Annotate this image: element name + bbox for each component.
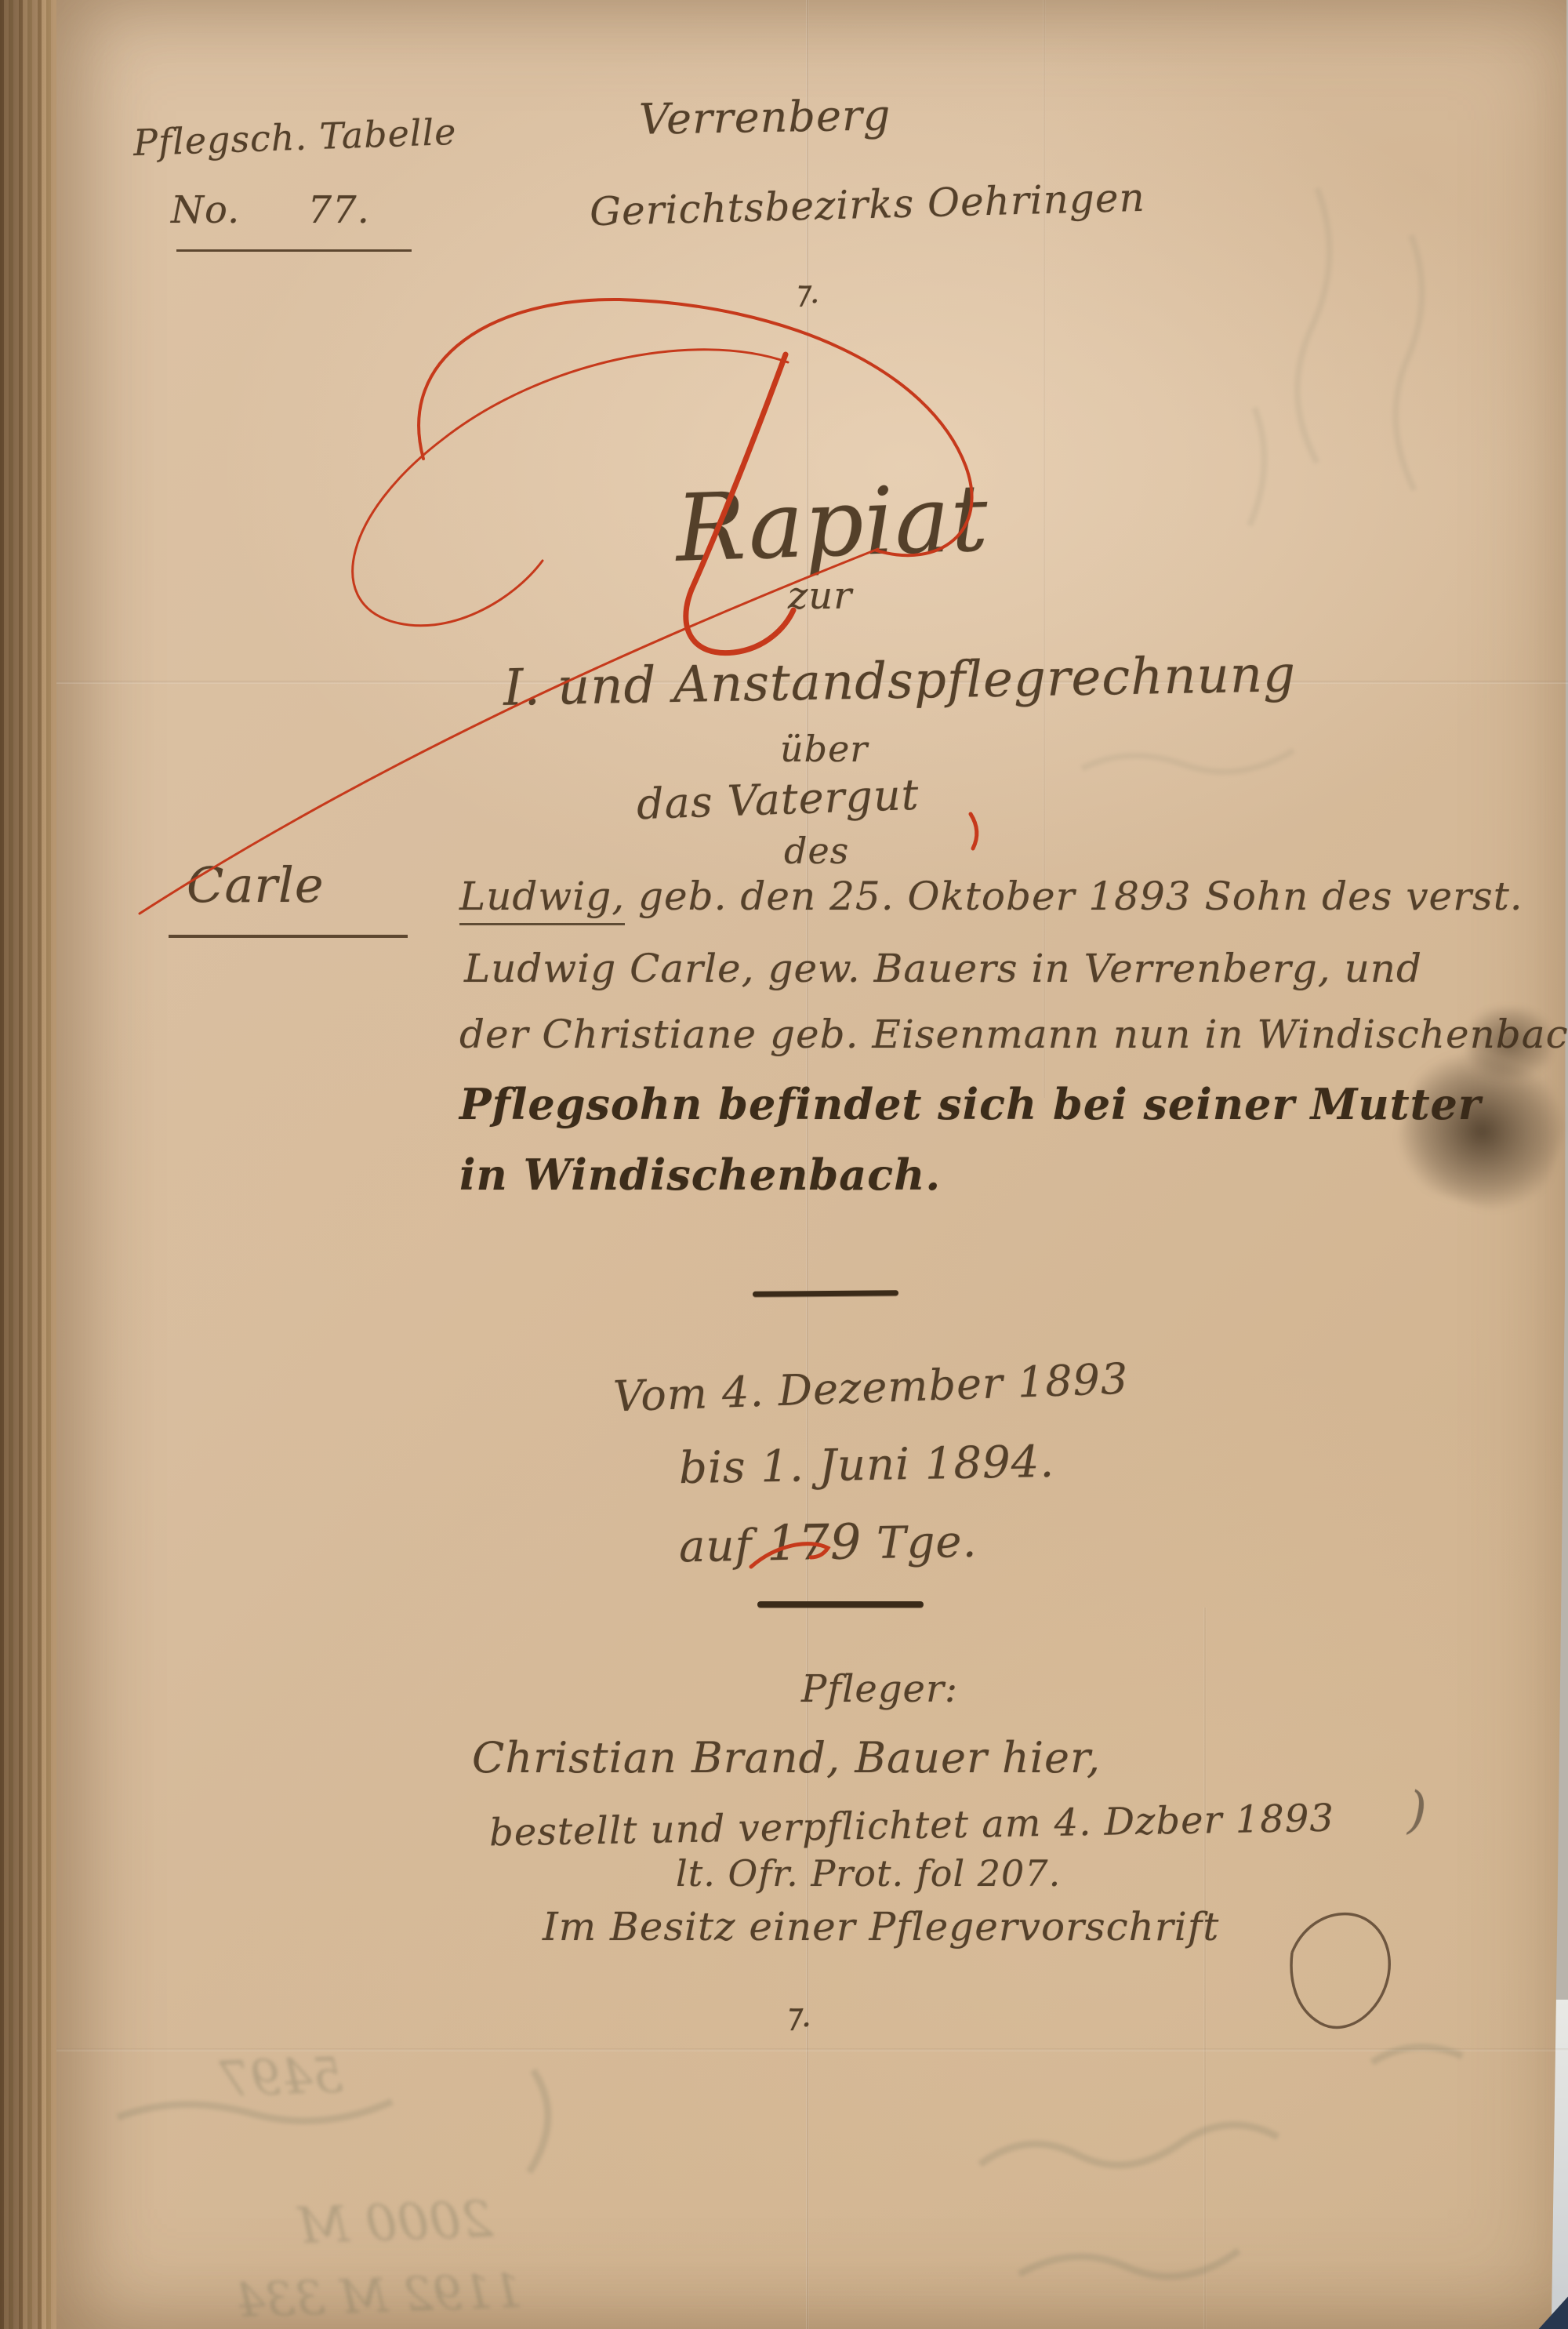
registry-number-label: No. (171, 188, 240, 232)
guardian-heading: Pfleger: (801, 1667, 958, 1711)
ward-line-5: in Windischenbach. (459, 1150, 941, 1200)
registry-number-underline (176, 249, 412, 252)
scanned-archival-document: { "meta": { "description": "Handwritten … (0, 0, 1568, 2329)
guardian-line-3: lt. Ofr. Prot. fol 207. (676, 1852, 1061, 1895)
bleed-through-ghost: 2000 M (297, 2191, 494, 2256)
ward-surname: Carle (187, 856, 325, 914)
ward-line-2: Ludwig Carle, gew. Bauers in Verrenberg,… (464, 946, 1422, 991)
title-estate-line: das Vatergut (636, 770, 920, 830)
guardian-line-4: Im Besitz einer Pflegervorschrift (543, 1904, 1219, 1949)
title-zur: zur (788, 574, 852, 618)
title-des: des (784, 830, 849, 872)
ward-line-4: Pflegsohn befindet sich bei seiner Mutte… (459, 1079, 1481, 1129)
pencil-mark: ) (1407, 1782, 1428, 1840)
bleed-through-ghost: 1192 M 334 (234, 2264, 524, 2329)
ward-first-name: Ludwig, (459, 874, 625, 925)
flourish-mark: ⁊. (793, 274, 821, 311)
period-auf: auf (679, 1520, 768, 1572)
guardian-line-1: Christian Brand, Bauer hier, (472, 1733, 1101, 1782)
bleed-through-ghost: 5497 (219, 2046, 344, 2107)
vertical-fold-crease (1203, 1608, 1207, 2329)
registry-number-line: No. 77. (171, 188, 370, 232)
end-flourish-mark: ⁊. (784, 1996, 812, 2034)
vertical-fold-crease (1043, 0, 1046, 1098)
title-rapiat: Rapiat (674, 463, 991, 583)
registry-number-value: 77. (308, 188, 370, 232)
period-days: 179 (766, 1513, 862, 1571)
period-to: bis 1. Juni 1894. (678, 1437, 1054, 1494)
period-duration: auf 179 Tge. (678, 1511, 977, 1574)
title-ueber: über (780, 728, 868, 770)
ward-line-1: Ludwig, geb. den 25. Oktober 1893 Sohn d… (459, 874, 1523, 919)
ward-line-1-rest: geb. den 25. Oktober 1893 Sohn des verst… (625, 874, 1523, 919)
ward-surname-underline (169, 935, 408, 938)
ward-line-3: der Christiane geb. Eisenmann nun in Win… (459, 1012, 1568, 1057)
period-tage: Tge. (862, 1517, 978, 1570)
ink-smudge (1466, 1008, 1552, 1078)
divider-rule (757, 1601, 924, 1608)
place-name: Verrenberg (638, 90, 891, 144)
